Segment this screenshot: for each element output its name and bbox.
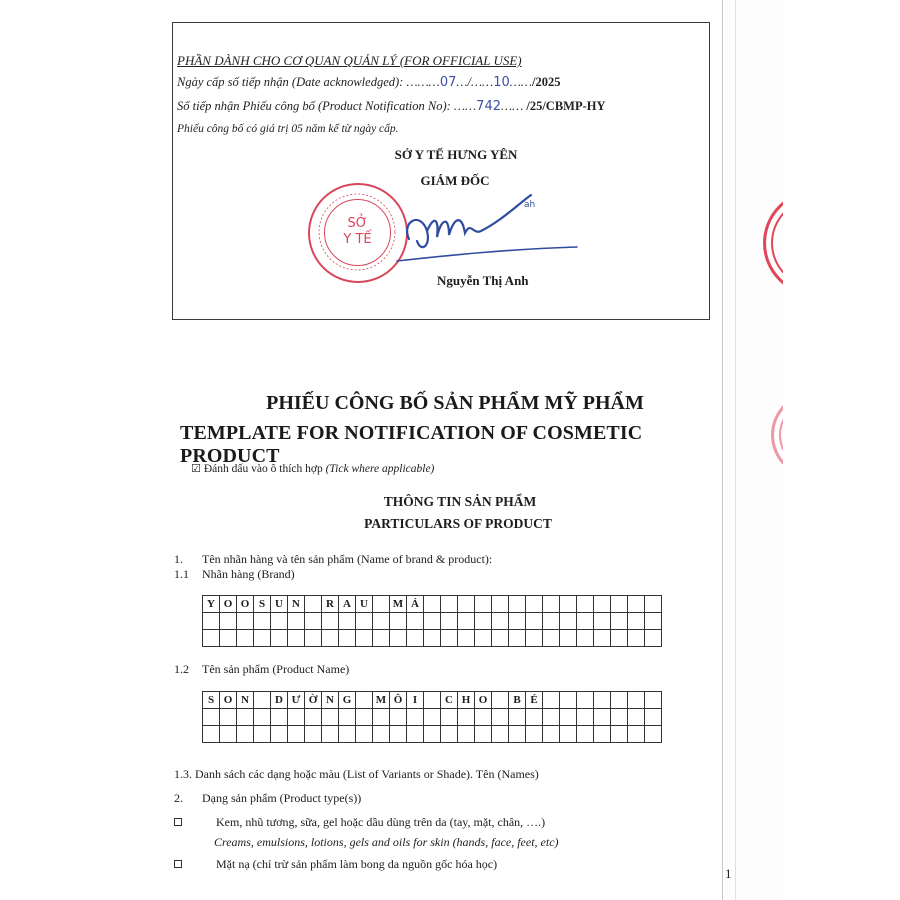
grid-cell[interactable]: H [458, 692, 475, 709]
grid-cell[interactable]: N [322, 692, 339, 709]
grid-cell[interactable]: I [407, 692, 424, 709]
grid-cell[interactable] [645, 596, 662, 613]
grid-cell[interactable] [509, 630, 526, 647]
grid-cell[interactable] [271, 613, 288, 630]
product-type-option-2: Mặt nạ (chỉ trừ sản phẩm làm bong da ngu… [174, 857, 497, 872]
grid-cell[interactable] [645, 726, 662, 743]
grid-cell[interactable] [407, 709, 424, 726]
grid-cell[interactable]: N [288, 596, 305, 613]
grid-cell[interactable] [611, 630, 628, 647]
grid-cell[interactable] [441, 596, 458, 613]
grid-cell[interactable] [475, 726, 492, 743]
grid-row [203, 613, 662, 630]
svg-text:ah: ah [524, 200, 535, 210]
item-1: 1.Tên nhãn hàng và tên sản phẩm (Name of… [174, 552, 492, 567]
document-title-vi: PHIẾU CÔNG BỐ SẢN PHẨM MỸ PHẨM [0, 392, 900, 415]
grid-cell[interactable]: A [339, 596, 356, 613]
grid-cell[interactable]: S [254, 596, 271, 613]
grid-cell[interactable] [407, 613, 424, 630]
grid-cell[interactable] [339, 630, 356, 647]
checkbox-empty-icon[interactable] [174, 818, 182, 826]
grid-cell[interactable] [271, 709, 288, 726]
grid-cell[interactable] [611, 726, 628, 743]
grid-cell[interactable] [220, 709, 237, 726]
grid-cell[interactable] [271, 726, 288, 743]
grid-cell[interactable] [424, 596, 441, 613]
grid-cell[interactable] [628, 596, 645, 613]
grid-cell[interactable] [645, 709, 662, 726]
item-1-1-number: 1.1 [174, 567, 202, 582]
grid-cell[interactable] [560, 726, 577, 743]
grid-cell[interactable] [305, 630, 322, 647]
grid-cell[interactable] [356, 692, 373, 709]
number-dots: …… [501, 99, 523, 113]
grid-cell[interactable] [492, 630, 509, 647]
grid-cell[interactable] [322, 726, 339, 743]
grid-cell[interactable] [203, 630, 220, 647]
grid-cell[interactable] [441, 709, 458, 726]
grid-cell[interactable] [356, 630, 373, 647]
grid-cell[interactable] [645, 630, 662, 647]
grid-row [203, 709, 662, 726]
item-2-number: 2. [174, 791, 202, 806]
stamp-text-line2: Y TẾ [325, 232, 390, 248]
grid-cell[interactable] [390, 630, 407, 647]
grid-cell[interactable] [543, 726, 560, 743]
stamp-text-line1: SỞ [325, 216, 390, 232]
grid-cell[interactable] [475, 709, 492, 726]
grid-cell[interactable] [305, 613, 322, 630]
grid-cell[interactable] [560, 630, 577, 647]
grid-cell[interactable] [254, 726, 271, 743]
grid-cell[interactable] [577, 596, 594, 613]
grid-cell[interactable] [560, 692, 577, 709]
item-1-2: 1.2Tên sản phẩm (Product Name) [174, 662, 349, 677]
grid-cell[interactable]: O [220, 596, 237, 613]
grid-cell[interactable] [628, 613, 645, 630]
grid-cell[interactable] [288, 726, 305, 743]
grid-cell[interactable] [237, 709, 254, 726]
grid-cell[interactable]: N [237, 692, 254, 709]
grid-cell[interactable] [203, 613, 220, 630]
grid-cell[interactable] [594, 613, 611, 630]
grid-cell[interactable] [322, 630, 339, 647]
grid-cell[interactable]: G [339, 692, 356, 709]
grid-cell[interactable] [543, 692, 560, 709]
checkbox-checked-icon: ☑ [191, 462, 201, 475]
grid-cell[interactable] [594, 596, 611, 613]
grid-cell[interactable] [526, 613, 543, 630]
grid-cell[interactable] [322, 709, 339, 726]
grid-cell[interactable] [203, 709, 220, 726]
validity-note: Phiếu công bố có giá trị 05 năm kể từ ng… [177, 123, 399, 135]
signature-icon: ah [391, 191, 581, 271]
grid-cell[interactable] [254, 692, 271, 709]
grid-cell[interactable] [611, 596, 628, 613]
grid-cell[interactable] [288, 709, 305, 726]
tick-instruction-vi: Đánh dấu vào ô thích hợp [204, 463, 326, 475]
grid-cell[interactable] [628, 630, 645, 647]
grid-cell[interactable] [254, 630, 271, 647]
tick-instruction: ☑Đánh dấu vào ô thích hợp (Tick where ap… [191, 462, 434, 475]
grid-cell[interactable] [560, 596, 577, 613]
grid-cell[interactable] [475, 613, 492, 630]
grid-cell[interactable]: M [373, 692, 390, 709]
grid-cell[interactable]: O [237, 596, 254, 613]
grid-cell[interactable] [220, 726, 237, 743]
grid-cell[interactable] [458, 726, 475, 743]
page-edge-right [735, 0, 736, 900]
grid-cell[interactable] [441, 613, 458, 630]
date-year: /2025 [532, 75, 560, 89]
grid-cell[interactable]: C [441, 692, 458, 709]
page-number: 1 [725, 866, 732, 882]
grid-cell[interactable] [492, 596, 509, 613]
grid-cell[interactable] [611, 692, 628, 709]
grid-cell[interactable] [458, 630, 475, 647]
grid-cell[interactable] [526, 630, 543, 647]
grid-cell[interactable] [373, 630, 390, 647]
grid-cell[interactable] [305, 709, 322, 726]
grid-cell[interactable] [577, 630, 594, 647]
item-1-2-number: 1.2 [174, 662, 202, 677]
grid-cell[interactable] [220, 630, 237, 647]
grid-row [203, 630, 662, 647]
grid-cell[interactable] [628, 726, 645, 743]
grid-cell[interactable] [611, 613, 628, 630]
grid-cell[interactable] [628, 709, 645, 726]
grid-cell[interactable] [390, 709, 407, 726]
grid-cell[interactable] [220, 613, 237, 630]
grid-cell[interactable] [424, 692, 441, 709]
grid-cell[interactable]: Ô [390, 692, 407, 709]
stamp-center: SỞ Y TẾ [324, 199, 391, 266]
section-title-en: PARTICULARS OF PRODUCT [0, 516, 900, 532]
grid-cell[interactable] [492, 692, 509, 709]
grid-cell[interactable]: R [322, 596, 339, 613]
grid-cell[interactable] [271, 630, 288, 647]
item-1-1: 1.1Nhãn hàng (Brand) [174, 567, 295, 582]
brand-grid[interactable]: YOOSUNRAUMÁ [202, 595, 662, 647]
grid-cell[interactable]: B [509, 692, 526, 709]
grid-cell[interactable] [356, 726, 373, 743]
official-use-box: PHẦN DÀNH CHO CƠ QUAN QUẢN LÝ (FOR OFFIC… [172, 22, 710, 320]
grid-cell[interactable]: Á [407, 596, 424, 613]
option-1-label-en: Creams, emulsions, lotions, gels and oil… [214, 835, 559, 850]
grid-cell[interactable] [237, 630, 254, 647]
grid-cell[interactable]: Ư [288, 692, 305, 709]
date-separator: …/…… [456, 75, 493, 89]
grid-row [203, 726, 662, 743]
product-type-option-1: Kem, nhũ tương, sữa, gel hoặc dầu dùng t… [174, 815, 545, 830]
official-use-title: PHẦN DÀNH CHO CƠ QUAN QUẢN LÝ (FOR OFFIC… [177, 53, 522, 69]
grid-cell[interactable] [356, 709, 373, 726]
grid-cell[interactable]: O [220, 692, 237, 709]
grid-cell[interactable] [543, 613, 560, 630]
grid-cell[interactable] [543, 596, 560, 613]
grid-cell[interactable] [322, 613, 339, 630]
grid-cell[interactable] [373, 596, 390, 613]
grid-cell[interactable]: Ờ [305, 692, 322, 709]
grid-cell[interactable] [645, 692, 662, 709]
authority-name: SỞ Y TẾ HƯNG YÊN [173, 147, 709, 163]
grid-cell[interactable] [458, 709, 475, 726]
grid-cell[interactable] [424, 613, 441, 630]
grid-cell[interactable]: D [271, 692, 288, 709]
grid-cell[interactable] [203, 726, 220, 743]
item-1-label: Tên nhãn hàng và tên sản phẩm (Name of b… [202, 552, 492, 566]
grid-cell[interactable] [339, 613, 356, 630]
item-2: 2.Dạng sản phẩm (Product type(s)) [174, 791, 361, 806]
grid-cell[interactable] [305, 596, 322, 613]
item-1-1-label: Nhãn hàng (Brand) [202, 567, 295, 581]
grid-cell[interactable] [407, 630, 424, 647]
grid-cell[interactable] [305, 726, 322, 743]
grid-cell[interactable] [577, 709, 594, 726]
number-label: Số tiếp nhận Phiếu công bố (Product Noti… [177, 99, 476, 113]
grid-cell[interactable]: S [203, 692, 220, 709]
grid-cell[interactable] [390, 726, 407, 743]
grid-cell[interactable] [543, 630, 560, 647]
grid-cell[interactable] [475, 630, 492, 647]
grid-cell[interactable] [594, 692, 611, 709]
grid-cell[interactable] [526, 726, 543, 743]
grid-cell[interactable] [339, 709, 356, 726]
grid-cell[interactable] [509, 709, 526, 726]
number-suffix: /25/CBMP-HY [526, 99, 605, 113]
grid-cell[interactable] [441, 630, 458, 647]
page-edge-left [722, 0, 723, 900]
grid-cell[interactable] [628, 692, 645, 709]
signer-position: GIÁM ĐỐC [173, 173, 709, 189]
date-label: Ngày cấp số tiếp nhận (Date acknowledged… [177, 75, 440, 89]
grid-cell[interactable]: M [390, 596, 407, 613]
grid-cell[interactable] [373, 709, 390, 726]
date-dots: …… [510, 75, 532, 89]
number-value: 742 [476, 99, 501, 114]
grid-cell[interactable] [356, 613, 373, 630]
grid-cell[interactable] [458, 596, 475, 613]
grid-cell[interactable] [339, 726, 356, 743]
grid-cell[interactable] [509, 726, 526, 743]
option-1-label-vi: Kem, nhũ tương, sữa, gel hoặc dầu dùng t… [216, 815, 545, 829]
notification-number: Số tiếp nhận Phiếu công bố (Product Noti… [177, 99, 606, 114]
grid-cell[interactable]: U [356, 596, 373, 613]
grid-cell[interactable] [594, 709, 611, 726]
grid-cell[interactable] [424, 726, 441, 743]
grid-cell[interactable] [509, 613, 526, 630]
grid-cell[interactable] [390, 613, 407, 630]
item-1-3: 1.3. Danh sách các dạng hoặc màu (List o… [174, 767, 539, 782]
item-1-number: 1. [174, 552, 202, 567]
date-day: 07 [440, 75, 457, 90]
grid-cell[interactable] [645, 613, 662, 630]
option-2-label-vi: Mặt nạ (chỉ trừ sản phẩm làm bong da ngu… [216, 857, 497, 871]
checkbox-empty-icon[interactable] [174, 860, 182, 868]
grid-cell[interactable] [509, 596, 526, 613]
grid-cell[interactable] [543, 709, 560, 726]
grid-cell[interactable] [594, 630, 611, 647]
item-1-2-label: Tên sản phẩm (Product Name) [202, 662, 349, 676]
grid-row: SONDƯỜNGMÔICHOBÉ [203, 692, 662, 709]
grid-cell[interactable] [407, 726, 424, 743]
grid-cell[interactable] [288, 613, 305, 630]
grid-cell[interactable] [560, 613, 577, 630]
grid-cell[interactable] [237, 726, 254, 743]
grid-cell[interactable] [254, 709, 271, 726]
grid-cell[interactable] [492, 613, 509, 630]
grid-cell[interactable] [424, 709, 441, 726]
section-title-vi: THÔNG TIN SẢN PHẨM [0, 494, 900, 510]
grid-cell[interactable] [492, 726, 509, 743]
grid-cell[interactable] [594, 726, 611, 743]
grid-cell[interactable] [577, 692, 594, 709]
grid-cell[interactable] [560, 709, 577, 726]
grid-row: YOOSUNRAUMÁ [203, 596, 662, 613]
grid-cell[interactable]: É [526, 692, 543, 709]
grid-cell[interactable]: Y [203, 596, 220, 613]
grid-cell[interactable] [526, 709, 543, 726]
signer-name: Nguyễn Thị Anh [437, 273, 529, 289]
grid-cell[interactable] [373, 726, 390, 743]
grid-cell[interactable] [475, 596, 492, 613]
date-month: 10 [493, 75, 510, 90]
grid-cell[interactable] [458, 613, 475, 630]
grid-cell[interactable] [373, 613, 390, 630]
next-page-edge [725, 0, 783, 900]
grid-cell[interactable] [611, 709, 628, 726]
tick-instruction-en: (Tick where applicable) [326, 463, 435, 475]
grid-cell[interactable] [237, 613, 254, 630]
grid-cell[interactable] [577, 726, 594, 743]
grid-cell[interactable] [492, 709, 509, 726]
item-1-3-label: 1.3. Danh sách các dạng hoặc màu (List o… [174, 767, 539, 781]
item-2-label: Dạng sản phẩm (Product type(s)) [202, 791, 361, 805]
product-name-grid[interactable]: SONDƯỜNGMÔICHOBÉ [202, 691, 662, 743]
grid-cell[interactable] [526, 596, 543, 613]
grid-cell[interactable] [577, 613, 594, 630]
grid-cell[interactable] [288, 630, 305, 647]
grid-cell[interactable]: O [475, 692, 492, 709]
grid-cell[interactable] [441, 726, 458, 743]
grid-cell[interactable] [424, 630, 441, 647]
grid-cell[interactable] [254, 613, 271, 630]
grid-cell[interactable]: U [271, 596, 288, 613]
next-page-stamp-icon [763, 190, 783, 296]
date-acknowledged: Ngày cấp số tiếp nhận (Date acknowledged… [177, 75, 560, 90]
